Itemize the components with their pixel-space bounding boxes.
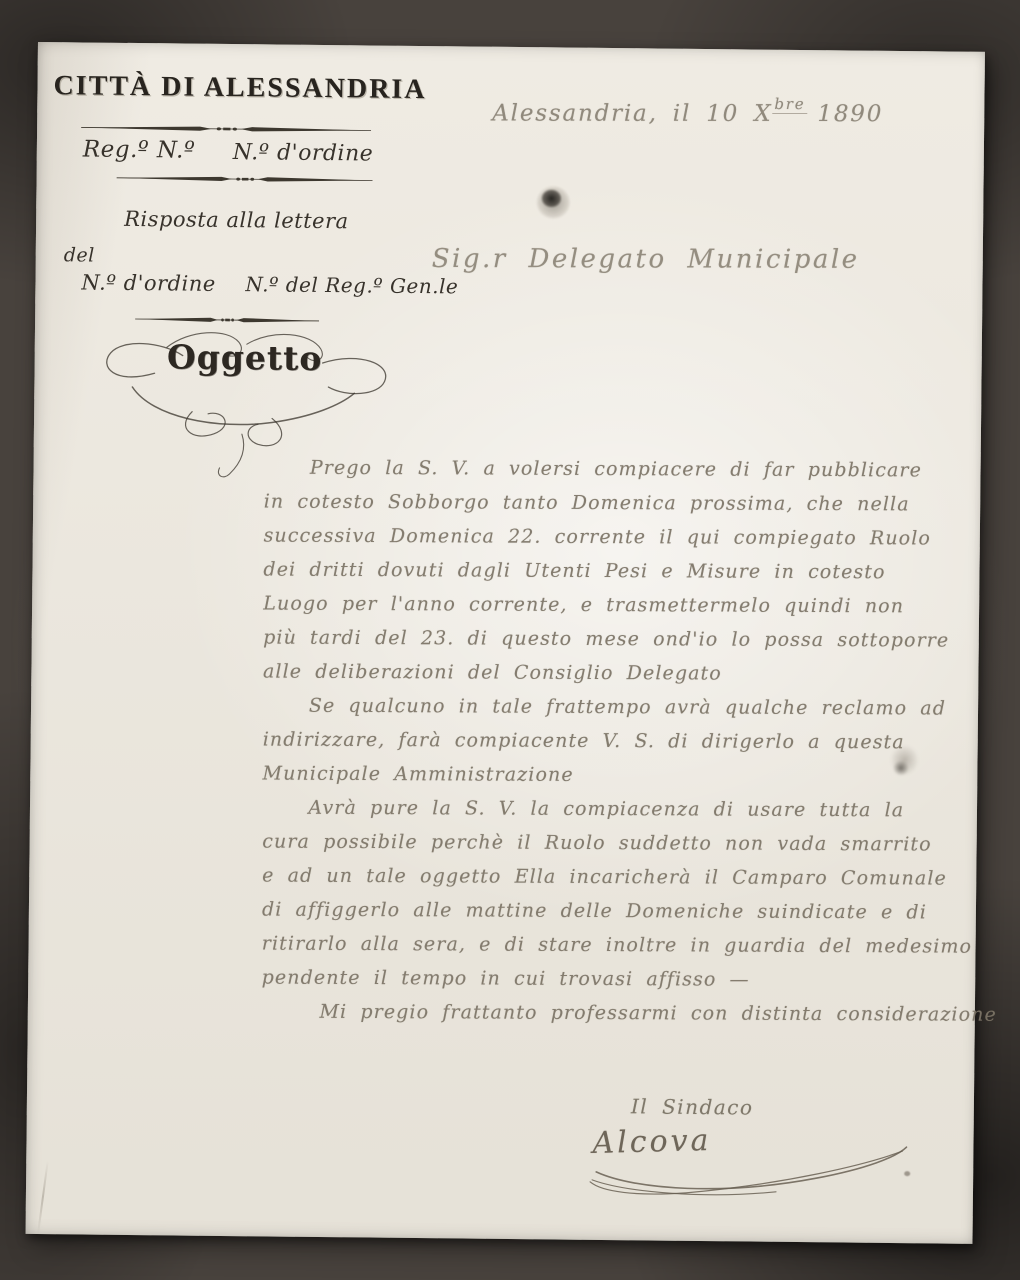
letter-body: Prego la S. V. a volersi compiacere di f… (261, 451, 972, 1032)
del-label: del (64, 244, 95, 266)
subject-label: Oggetto (110, 337, 380, 379)
divider-ornament-icon (81, 122, 371, 135)
letterhead-city-title: CITTÀ DI ALESSANDRIA (53, 70, 453, 106)
divider-ornament (117, 173, 373, 186)
dateline-year: 1890 (817, 101, 883, 127)
closing-line: Mi pregio frattanto professarmi con dist… (261, 995, 969, 1032)
body-line: Se qualcuno in tale frattempo avrà qualc… (263, 689, 971, 726)
body-line: ritirarlo alla sera, e di stare inoltre … (262, 927, 970, 964)
registry-number-label: Reg.º N.º (83, 136, 196, 163)
body-line: e ad un tale oggetto Ella incaricherà il… (262, 859, 970, 896)
signature-block: Il Sindaco Alcova (566, 1094, 937, 1240)
dateline-month-superscript: bre (772, 95, 807, 114)
body-line: Municipale Amministrazione (262, 757, 970, 794)
addressee-line: Sig.r Delegato Municipale (432, 244, 860, 275)
body-line: dei dritti dovuti dagli Utenti Pesi e Mi… (263, 553, 971, 590)
paper-fold-mark (37, 1160, 49, 1234)
body-line: successiva Domenica 22. corrente il qui … (264, 519, 972, 556)
body-line: più tardi del 23. di questo mese ond'io … (263, 621, 971, 658)
order-number-label-2: N.º d'ordine (81, 270, 216, 295)
ink-blot (528, 177, 577, 227)
divider-ornament (135, 314, 319, 326)
divider-ornament-icon (117, 173, 373, 186)
body-line: di affiggerlo alle mattine delle Domenic… (262, 893, 970, 930)
reply-to-letter-label: Risposta alla lettera (124, 207, 349, 233)
letter-page: CITTÀ DI ALESSANDRIA Reg.º N.º N.º d'ord… (26, 42, 985, 1244)
signature-name: Alcova (592, 1123, 712, 1161)
paper-speck (904, 1171, 910, 1176)
general-registry-label: N.º del Reg.º Gen.le (245, 272, 458, 298)
photo-background: CITTÀ DI ALESSANDRIA Reg.º N.º N.º d'ord… (0, 0, 1020, 1280)
dateline-place-day: Alessandria, il 10 X (492, 100, 772, 126)
divider-ornament (81, 122, 371, 135)
body-line: in cotesto Sobborgo tanto Domenica pross… (264, 485, 972, 522)
body-line: Avrà pure la S. V. la compiacenza di usa… (262, 791, 970, 828)
body-line: cura possibile perchè il Ruolo suddetto … (262, 825, 970, 862)
body-line: pendente il tempo in cui trovasi affisso… (262, 961, 970, 998)
body-line: alle deliberazioni del Consiglio Delegat… (263, 655, 971, 692)
divider-ornament-icon (135, 314, 319, 326)
body-line: Prego la S. V. a volersi compiacere di f… (264, 451, 972, 488)
order-number-label: N.º d'ordine (233, 140, 374, 166)
dateline: Alessandria, il 10 Xbre1890 (492, 100, 883, 127)
body-line: indirizzare, farà compiacente V. S. di d… (263, 723, 971, 760)
body-line: Luogo per l'anno corrente, e trasmetterm… (263, 587, 971, 624)
